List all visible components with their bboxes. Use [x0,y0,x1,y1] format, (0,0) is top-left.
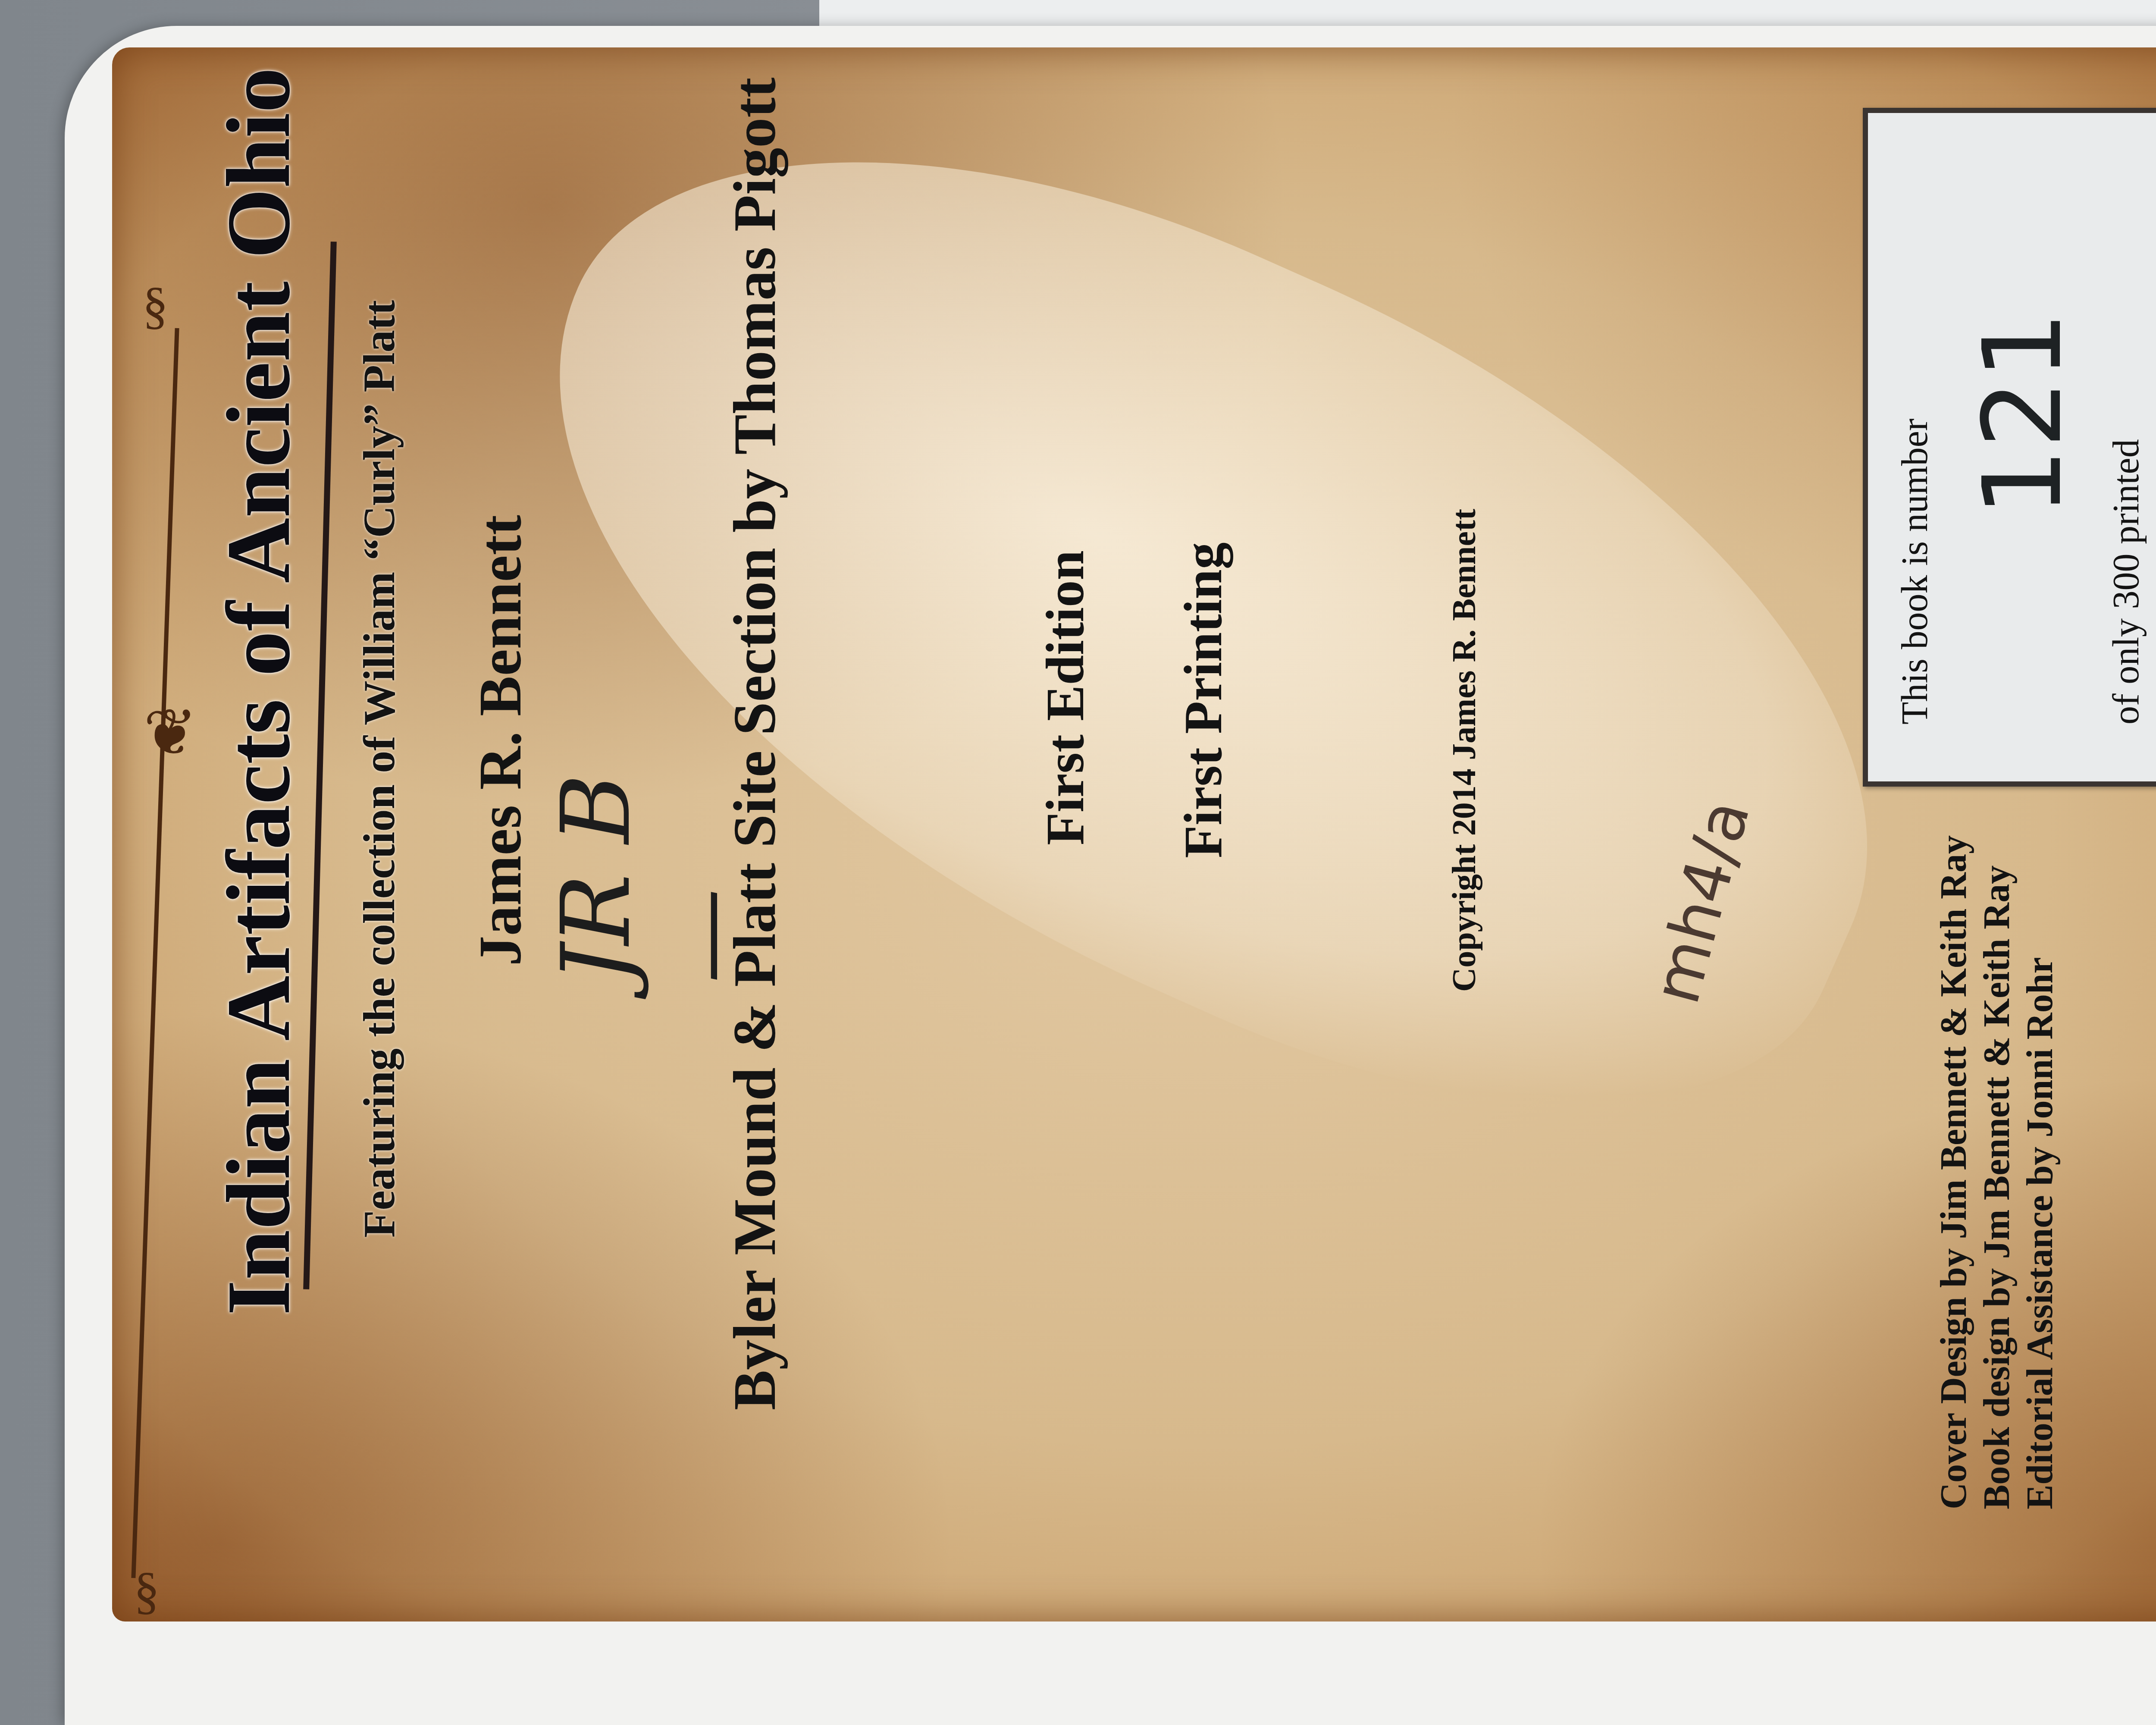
section-byline: Byler Mound & Platt Site Section by Thom… [720,78,790,1410]
printing-label: First Printing [1173,542,1235,858]
ornament-end-icon: § [142,276,168,336]
ornament-flourish-icon: ❦ [138,668,203,798]
credit-book-design: Book design by Jm Bennett & Keith Ray [1975,866,2018,1509]
credit-cover-design: Cover Design by Jim Bennett & Keith Ray [1932,835,1975,1509]
edition-label: First Edition [1035,550,1097,845]
book-title: Indian Artifacts of Ancient Ohio [207,67,311,1315]
credit-editorial: Editorial Assistance by Jonni Rohr [2018,957,2061,1509]
copyright-notice: Copyright 2014 James R. Bennett [1445,509,1483,992]
ornament-end-icon: § [134,1561,160,1621]
edition-total-label: of only 300 printed [2104,439,2147,724]
book-subtitle: Featuring the collection of William “Cur… [354,300,405,1238]
